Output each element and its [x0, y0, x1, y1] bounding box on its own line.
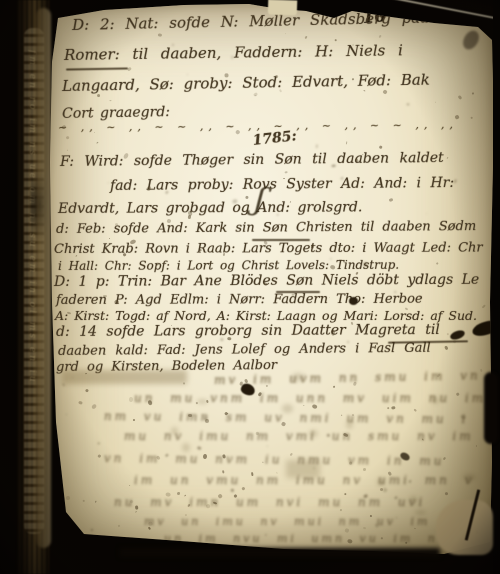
ink-stain: [415, 510, 426, 516]
ink-speck: [471, 116, 473, 118]
ink-speck: [232, 199, 238, 204]
ink-speck: [425, 213, 427, 214]
ink-speck: [205, 419, 209, 423]
ink-speck: [171, 325, 173, 326]
ink-speck: [239, 381, 243, 386]
ink-speck: [289, 452, 292, 455]
ink-speck: [205, 504, 210, 509]
ink-speck: [171, 44, 174, 46]
ink-speck: [311, 245, 314, 249]
worn-corner: [436, 500, 493, 555]
ink-speck: [312, 404, 318, 409]
ink-speck: [363, 90, 365, 92]
ink-speck: [362, 526, 365, 529]
ink-speck: [444, 346, 448, 351]
ink-speck: [148, 526, 152, 530]
ink-speck: [339, 259, 342, 261]
ink-speck: [414, 409, 418, 413]
ink-stain: [377, 478, 383, 486]
ink-speck: [330, 258, 333, 261]
ink-speck: [331, 265, 337, 270]
ink-speck: [222, 253, 225, 256]
ink-speck: [231, 56, 234, 59]
ink-speck: [265, 534, 267, 536]
ink-speck: [245, 195, 249, 199]
ink-speck: [480, 400, 483, 402]
ink-speck: [447, 333, 450, 336]
ink-speck: [370, 514, 372, 516]
ink-speck: [225, 72, 229, 76]
page-curl-shadow: [36, 8, 51, 548]
ink-speck: [200, 249, 202, 251]
ink-speck: [146, 185, 152, 191]
ink-speck: [177, 492, 180, 496]
ink-speck: [231, 489, 234, 492]
ink-speck: [289, 201, 291, 203]
ink-speck: [67, 150, 68, 151]
ink-speck: [108, 182, 110, 184]
ink-speck: [114, 299, 119, 304]
ink-speck: [182, 382, 185, 385]
ink-speck: [335, 38, 338, 41]
ink-speck: [264, 241, 269, 246]
ink-speck: [284, 33, 286, 35]
ink-speck: [62, 383, 65, 386]
ink-speck: [184, 494, 186, 496]
ink-speck: [213, 166, 214, 167]
ink-speck: [83, 500, 85, 502]
ink-speck: [102, 295, 106, 297]
ink-speck: [267, 184, 269, 186]
paper-tab: [268, 0, 298, 16]
ink-speck: [395, 496, 398, 499]
ink-speck: [386, 407, 389, 410]
ink-speck: [339, 508, 341, 511]
ink-speck: [242, 486, 246, 490]
ink-speck: [235, 130, 240, 135]
ink-speck: [97, 142, 99, 144]
ink-speck: [109, 238, 110, 239]
ink-speck: [228, 337, 232, 340]
ink-speck: [66, 496, 70, 500]
ink-speck: [476, 445, 477, 447]
ink-speck: [379, 488, 382, 492]
ink-speck: [94, 132, 95, 133]
ink-speck: [332, 165, 336, 167]
ink-speck: [149, 521, 153, 525]
ink-speck: [279, 89, 282, 93]
ink-speck: [147, 399, 153, 405]
ink-speck: [404, 541, 407, 544]
ink-speck: [96, 94, 99, 97]
ink-speck: [384, 225, 386, 226]
ink-speck: [341, 415, 342, 416]
ink-speck: [133, 419, 135, 421]
ink-stain: [410, 496, 418, 503]
ink-speck: [70, 362, 72, 364]
ink-speck: [72, 376, 74, 378]
ink-stain: [171, 427, 178, 434]
ink-speck: [110, 101, 112, 102]
ink-speck: [67, 312, 71, 315]
ink-speck: [405, 307, 409, 310]
ink-speck: [354, 158, 359, 163]
ink-speck: [97, 454, 101, 458]
ink-speck: [391, 406, 395, 410]
ink-speck: [330, 330, 335, 336]
ink-speck: [115, 223, 118, 226]
ink-speck: [362, 154, 364, 156]
ink-speck-layer: [44, 2, 496, 560]
ink-speck: [435, 102, 436, 103]
ink-speck: [393, 291, 396, 294]
bottom-page-shadow: [120, 548, 440, 557]
ink-speck: [135, 510, 137, 512]
ink-stain: [282, 404, 294, 413]
photo-right-edge: [493, 0, 500, 574]
ink-speck: [303, 405, 305, 406]
ink-speck: [453, 179, 457, 184]
ink-speck: [382, 90, 388, 96]
ink-speck: [442, 457, 446, 461]
ink-speck: [122, 253, 126, 257]
ink-speck: [75, 254, 77, 256]
ink-speck: [344, 528, 349, 533]
ink-speck: [250, 471, 253, 476]
ink-speck: [277, 214, 279, 215]
ink-stain: [432, 397, 439, 405]
ink-speck: [217, 493, 223, 499]
ink-speck: [184, 514, 187, 517]
ink-speck: [130, 239, 137, 245]
ink-stain: [309, 430, 318, 437]
ink-speck: [349, 462, 353, 466]
ink-speck: [333, 385, 335, 388]
ink-speck: [129, 485, 130, 486]
ink-speck: [66, 414, 67, 415]
ink-speck: [455, 392, 459, 396]
ink-speck: [61, 125, 66, 130]
ink-speck: [120, 117, 122, 119]
ink-speck: [316, 144, 319, 148]
ink-speck: [471, 92, 474, 95]
ink-stain: [197, 399, 208, 404]
ink-speck: [262, 462, 264, 463]
ink-speck: [338, 80, 341, 84]
ink-speck: [245, 378, 249, 383]
ink-stain: [463, 474, 476, 480]
ink-speck: [187, 74, 188, 75]
ink-speck: [304, 374, 305, 375]
page-tear-notch: [484, 372, 498, 444]
ink-speck: [258, 392, 262, 397]
ink-speck: [363, 468, 367, 471]
ink-speck: [156, 263, 160, 267]
ink-speck: [263, 282, 268, 287]
ink-speck: [156, 456, 161, 461]
ink-speck: [281, 422, 286, 427]
ink-stain: [292, 373, 304, 381]
ink-speck: [380, 536, 383, 539]
ink-speck: [118, 524, 121, 527]
manuscript-photo: fm en ro im ns ue om ni su em in ol ms e…: [0, 0, 500, 574]
ink-speck: [129, 499, 133, 503]
ink-speck: [408, 479, 411, 483]
ink-speck: [388, 471, 392, 475]
ink-speck: [389, 198, 394, 203]
ink-speck: [370, 434, 372, 436]
ink-speck: [266, 384, 268, 386]
ink-speck: [222, 454, 226, 459]
ink-speck: [455, 115, 461, 120]
ink-speck: [123, 152, 130, 159]
ink-speck: [276, 472, 278, 474]
ink-speck: [165, 492, 171, 497]
ink-speck: [435, 262, 438, 265]
ink-speck: [479, 369, 482, 372]
ink-speck: [419, 296, 421, 298]
ink-speck: [459, 413, 466, 419]
ink-speck: [91, 403, 97, 410]
ink-speck: [352, 78, 355, 81]
ink-speck: [327, 434, 330, 437]
ink-speck: [344, 493, 347, 495]
ink-speck: [128, 329, 130, 331]
ink-speck: [352, 44, 355, 47]
ink-speck: [233, 494, 237, 498]
ink-speck: [129, 397, 133, 402]
ink-speck: [85, 372, 87, 374]
ink-speck: [231, 297, 234, 300]
ink-speck: [200, 362, 202, 364]
ink-stain: [346, 420, 353, 429]
ink-speck: [414, 528, 416, 530]
ink-speck: [329, 297, 330, 298]
ink-speck: [78, 401, 83, 405]
ink-speck: [313, 466, 316, 469]
ink-speck: [186, 51, 188, 53]
ink-speck: [341, 177, 345, 181]
ink-speck: [445, 492, 449, 496]
ink-speck: [378, 35, 382, 39]
ink-speck: [65, 136, 69, 140]
ink-speck: [127, 67, 132, 72]
ink-speck: [353, 381, 357, 386]
ink-speck: [220, 338, 224, 341]
ink-speck: [203, 454, 207, 459]
ink-speck: [437, 373, 441, 377]
ink-speck: [298, 75, 300, 76]
ink-speck: [292, 294, 295, 296]
ink-speck: [68, 519, 72, 524]
ink-speck: [266, 446, 267, 447]
ink-speck: [275, 75, 279, 79]
ink-speck: [482, 304, 486, 308]
ink-speck: [187, 504, 190, 507]
ink-speck: [84, 389, 89, 394]
ink-speck: [364, 494, 369, 498]
ink-speck: [197, 446, 202, 450]
ink-speck: [188, 414, 192, 418]
ink-speck: [157, 33, 162, 37]
ink-speck: [135, 505, 138, 509]
ink-speck: [117, 368, 119, 369]
ink-speck: [343, 433, 349, 438]
ink-speck: [346, 341, 349, 344]
ink-stain: [182, 443, 190, 452]
ink-speck: [90, 529, 93, 532]
ink-speck: [348, 539, 354, 544]
ink-speck: [166, 190, 169, 193]
paper-page: 16 D: 2: Nat: sofde N: Møller Skadsberg …: [44, 2, 496, 560]
ink-speck: [285, 171, 288, 174]
ink-speck: [422, 438, 424, 440]
ink-speck: [355, 271, 359, 275]
ink-speck: [351, 322, 354, 325]
ink-speck: [304, 36, 308, 40]
ink-speck: [345, 142, 347, 145]
ink-speck: [453, 339, 457, 343]
ink-speck: [383, 488, 388, 493]
ink-speck: [407, 103, 410, 106]
ink-speck: [458, 95, 463, 100]
ink-speck: [446, 157, 448, 159]
ink-speck: [395, 516, 398, 519]
ink-speck: [223, 470, 225, 473]
ink-speck: [374, 523, 378, 528]
ink-speck: [352, 414, 354, 416]
ink-speck: [362, 261, 368, 267]
ink-speck: [379, 145, 383, 149]
ink-speck: [188, 215, 192, 219]
ink-speck: [256, 432, 259, 435]
ink-speck: [98, 442, 101, 444]
ink-speck: [206, 362, 210, 366]
ink-speck: [165, 453, 168, 456]
ink-speck: [213, 501, 217, 504]
ink-speck: [283, 178, 285, 179]
ink-speck: [166, 218, 171, 223]
ink-speck: [96, 500, 97, 502]
